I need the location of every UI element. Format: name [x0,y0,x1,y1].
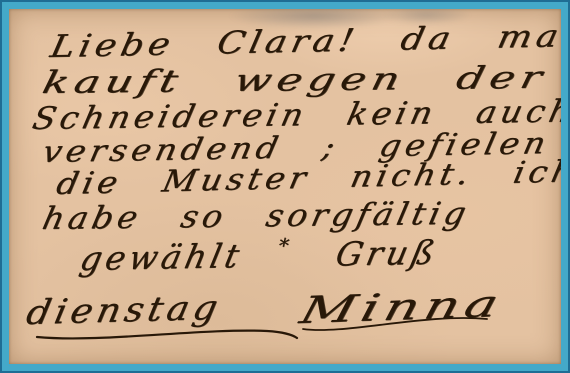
word-gruss: Gruß [332,233,442,274]
dateline: dienstag [23,288,225,333]
postcard-scan: Liebe Clara! da man kauft wegen der Schn… [0,0,570,373]
postcard-paper: Liebe Clara! da man kauft wegen der Schn… [9,9,561,364]
word-gewaehlt: gewählt [77,236,247,278]
handwriting-line-1: Liebe Clara! da man [47,18,561,65]
handwriting-line-7: gewählt*Gruß [77,231,443,278]
ink-mark: * [276,233,295,257]
signature: Minna [296,282,509,332]
